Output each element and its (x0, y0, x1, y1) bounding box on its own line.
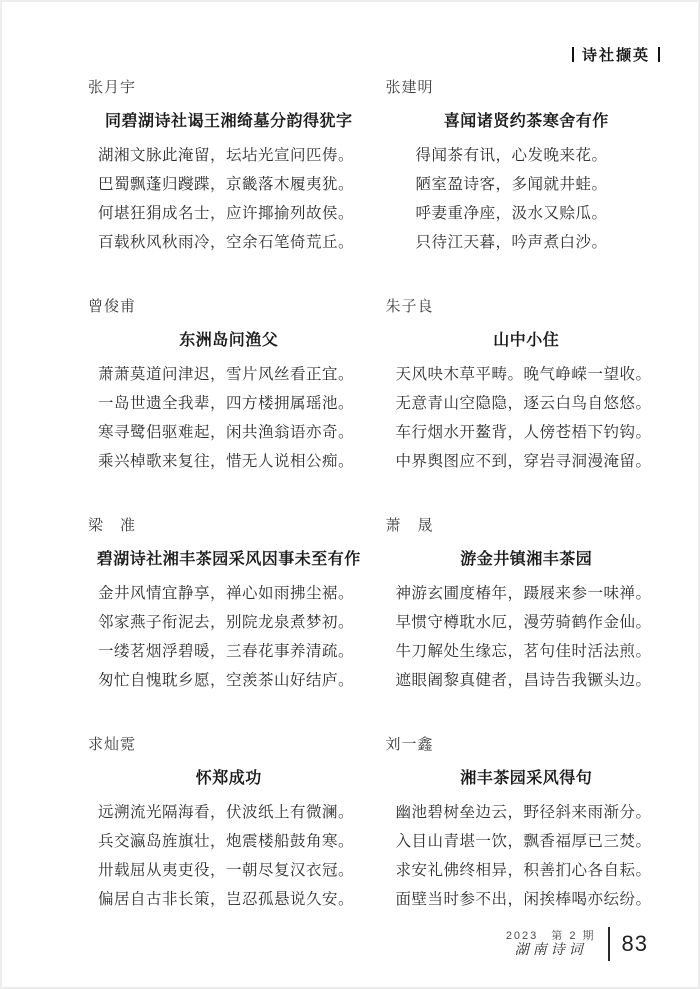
poem-line: 得闻茶有讯，心发晚来花。 (386, 141, 668, 170)
poem-author: 朱子良 (386, 299, 668, 314)
page-footer: 2023 第 2 期 湖南诗词 83 (506, 927, 648, 961)
journal-page: 诗社撷英 张月宇 同碧湖诗社谒王湘绮墓分韵得犹字 湖湘文脉此淹留，坛坫光宣问匹俦… (0, 0, 700, 989)
poem-block: 张建明 喜闻诸贤约茶寒舍有作 得闻茶有讯，心发晚来花。 陋室盈诗客，多闻就井蛙。… (386, 80, 668, 257)
footer-journal-name: 湖南诗词 (506, 943, 596, 959)
poem-line: 无意青山空隐隐，逐云白鸟自悠悠。 (386, 389, 668, 418)
poem-block: 张月宇 同碧湖诗社谒王湘绮墓分韵得犹字 湖湘文脉此淹留，坛坫光宣问匹俦。 巴蜀飘… (88, 80, 370, 257)
page-number: 83 (622, 931, 648, 957)
poem-line: 兵交瀛岛旌旗壮，炮震楼船鼓角寒。 (88, 827, 370, 856)
poem-title: 山中小住 (386, 327, 668, 350)
poems-grid: 张月宇 同碧湖诗社谒王湘绮墓分韵得犹字 湖湘文脉此淹留，坛坫光宣问匹俦。 巴蜀飘… (88, 80, 667, 914)
poem-line: 只待江天暮，吟声煮白沙。 (386, 228, 668, 257)
poem-title: 怀郑成功 (88, 765, 370, 788)
footer-issue: 2023 第 2 期 (506, 929, 596, 943)
poem-title: 湘丰茶园采风得句 (386, 765, 668, 788)
poem-line: 邻家燕子衔泥去，别院龙泉煮梦初。 (88, 608, 370, 637)
poem-line: 入目山青堪一饮，飘香福厚已三焚。 (386, 827, 668, 856)
poem-title: 东洲岛问渔父 (88, 327, 370, 350)
poem-line: 早惯守樽耽水厄，漫劳骑鹤作金仙。 (386, 608, 668, 637)
poem-line: 萧萧莫道问津迟，雪片风丝看正宜。 (88, 360, 370, 389)
poem-author: 萧 晟 (386, 518, 668, 533)
footer-issue-journal: 2023 第 2 期 湖南诗词 (506, 929, 596, 959)
poem-line: 偏居自古非长策，岂忍孤悬说久安。 (88, 885, 370, 914)
poem-author: 梁 准 (88, 518, 370, 533)
poem-line: 神游玄圃度椿年，蹑屐来参一味禅。 (386, 579, 668, 608)
poem-author: 求灿霓 (88, 737, 370, 752)
poem-author: 刘一鑫 (386, 737, 668, 752)
poem-line: 百载秋风秋雨冷，空余石笔倚荒丘。 (88, 228, 370, 257)
poem-line: 乘兴棹歌来复往，惜无人说相公痴。 (88, 447, 370, 476)
poem-author: 张建明 (386, 80, 668, 95)
poem-line: 面壁当时参不出，闲挨棒喝亦纭纷。 (386, 885, 668, 914)
left-column: 张月宇 同碧湖诗社谒王湘绮墓分韵得犹字 湖湘文脉此淹留，坛坫光宣问匹俦。 巴蜀飘… (88, 80, 370, 914)
poem-title: 游金井镇湘丰茶园 (386, 546, 668, 569)
poem-line: 远溯流光隔海看，伏波纸上有微澜。 (88, 798, 370, 827)
poem-block: 萧 晟 游金井镇湘丰茶园 神游玄圃度椿年，蹑屐来参一味禅。 早惯守樽耽水厄，漫劳… (386, 518, 668, 695)
poem-line: 车行烟水开鳌背，人傍苍梧下钓钩。 (386, 418, 668, 447)
poem-line: 陋室盈诗客，多闻就井蛙。 (386, 170, 668, 199)
poem-line: 何堪狂狷成名士，应许揶揄列故侯。 (88, 199, 370, 228)
poem-line: 呼妻重净座，汲水又赊瓜。 (386, 199, 668, 228)
poem-line: 遮眼阇黎真健者，昌诗告我镢头边。 (386, 666, 668, 695)
poem-title: 同碧湖诗社谒王湘绮墓分韵得犹字 (88, 108, 370, 131)
poem-line: 牛刀解处生缘忘，茗句佳时活法煎。 (386, 637, 668, 666)
poem-line: 幽池碧树垒边云，野径斜来雨渐分。 (386, 798, 668, 827)
poem-line: 天风吷木草平畴。晚气峥嵘一望收。 (386, 360, 668, 389)
poem-block: 曾俊甫 东洲岛问渔父 萧萧莫道问津迟，雪片风丝看正宜。 一岛世遗全我辈，四方楼拥… (88, 299, 370, 476)
poem-line: 匆忙自愧耽乡愿，空羡茶山好结庐。 (88, 666, 370, 695)
poem-line: 求安礼佛终相异，积善扪心各自耘。 (386, 856, 668, 885)
poem-line: 湖湘文脉此淹留，坛坫光宣问匹俦。 (88, 141, 370, 170)
section-header: 诗社撷英 (572, 44, 660, 65)
footer-divider (608, 927, 610, 961)
poem-title: 碧湖诗社湘丰茶园采风因事未至有作 (88, 546, 370, 569)
poem-line: 一岛世遗全我辈，四方楼拥属瑶池。 (88, 389, 370, 418)
poem-line: 中界舆图应不到，穿岩寻洞漫淹留。 (386, 447, 668, 476)
poem-line: 一缕茗烟浮碧暖，三春花事养清疏。 (88, 637, 370, 666)
poem-title: 喜闻诸贤约茶寒舍有作 (386, 108, 668, 131)
header-left-bar-icon (572, 47, 574, 62)
poem-line: 巴蜀飘蓬归躞蹀，京畿落木履夷犹。 (88, 170, 370, 199)
section-header-label: 诗社撷英 (582, 44, 650, 65)
right-column: 张建明 喜闻诸贤约茶寒舍有作 得闻茶有讯，心发晚来花。 陋室盈诗客，多闻就井蛙。… (386, 80, 668, 914)
poem-block: 求灿霓 怀郑成功 远溯流光隔海看，伏波纸上有微澜。 兵交瀛岛旌旗壮，炮震楼船鼓角… (88, 737, 370, 914)
poem-line: 卅载屈从夷吏役，一朝尽复汉衣冠。 (88, 856, 370, 885)
poem-author: 曾俊甫 (88, 299, 370, 314)
header-right-bar-icon (658, 47, 660, 62)
poem-line: 金井风情宜静享，禅心如雨拂尘裾。 (88, 579, 370, 608)
poem-block: 梁 准 碧湖诗社湘丰茶园采风因事未至有作 金井风情宜静享，禅心如雨拂尘裾。 邻家… (88, 518, 370, 695)
poem-line: 寒寻鹭侣驱难起，闲共渔翁语亦奇。 (88, 418, 370, 447)
poem-block: 刘一鑫 湘丰茶园采风得句 幽池碧树垒边云，野径斜来雨渐分。 入目山青堪一饮，飘香… (386, 737, 668, 914)
poem-block: 朱子良 山中小住 天风吷木草平畴。晚气峥嵘一望收。 无意青山空隐隐，逐云白鸟自悠… (386, 299, 668, 476)
poem-author: 张月宇 (88, 80, 370, 95)
